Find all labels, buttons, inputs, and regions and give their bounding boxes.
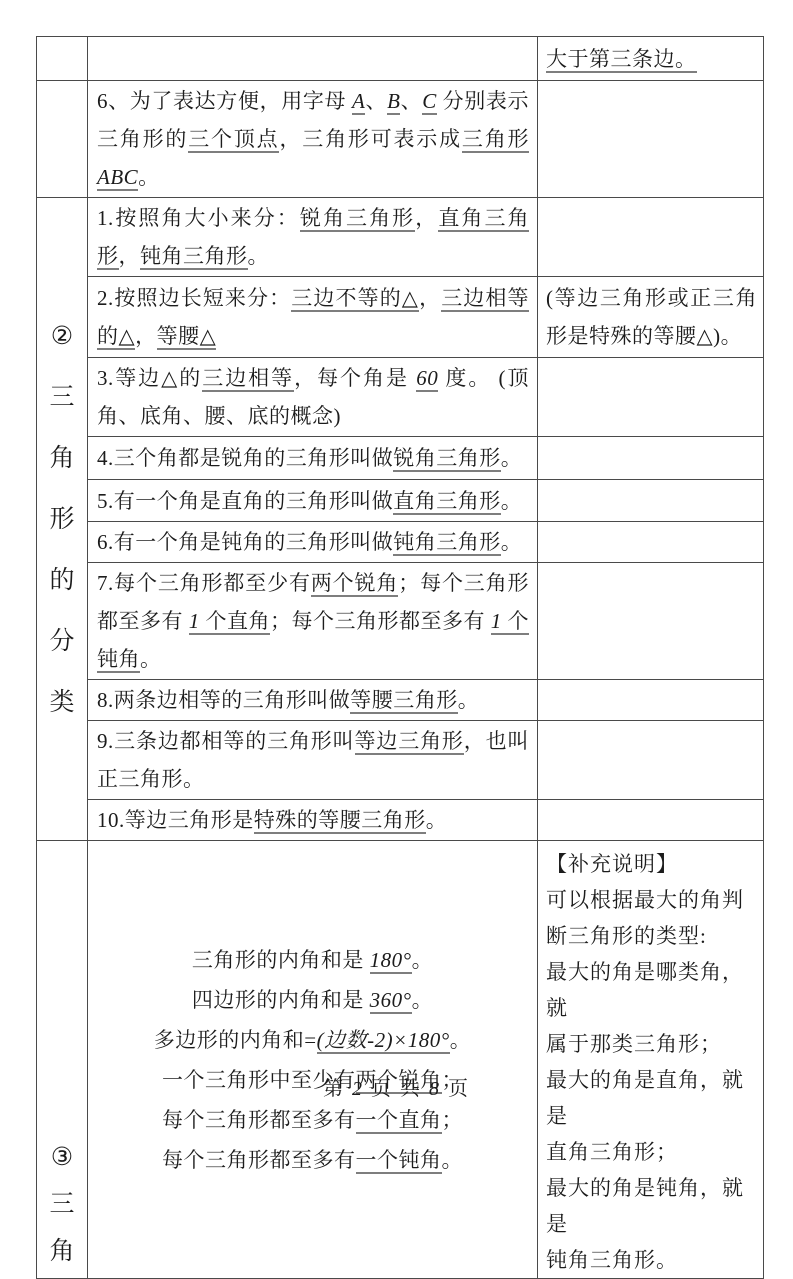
remark-cell-empty xyxy=(538,480,764,522)
note-cell: 三角形的内角和是 180°。四边形的内角和是 360°。多边形的内角和=(边数-… xyxy=(88,841,538,1279)
remark-cell-empty xyxy=(538,198,764,277)
remark-cell-empty xyxy=(538,522,764,563)
note-cell: 4.三个角都是锐角的三角形叫做锐角三角形。 xyxy=(88,437,538,480)
section3-vertical-label: ③三角 xyxy=(37,1145,87,1278)
note-text: 6.有一个角是钝角的三角形叫做钝角三角形。 xyxy=(88,522,537,562)
remark-cell-empty xyxy=(538,437,764,480)
table-row: 10.等边三角形是特殊的等腰三角形。 xyxy=(37,800,764,841)
note-text: 4.三个角都是锐角的三角形叫做锐角三角形。 xyxy=(88,438,537,478)
note-cell: 10.等边三角形是特殊的等腰三角形。 xyxy=(88,800,538,841)
note-cell: 6、为了表达方便，用字母 A、B、C 分别表示三角形的三个顶点，三角形可表示成三… xyxy=(88,81,538,198)
section-label-cell-empty xyxy=(37,37,88,81)
remark-cell-empty xyxy=(538,358,764,437)
note-text: 1.按照角大小来分：锐角三角形，直角三角形，钝角三角形。 xyxy=(88,198,537,276)
note-text: 9.三条边都相等的三角形叫等边三角形，也叫正三角形。 xyxy=(88,721,537,799)
note-cell: 2.按照边长短来分：三边不等的△，三边相等的△，等腰△ xyxy=(88,277,538,358)
section2-label-cell: ②三角形的分类 xyxy=(37,198,88,841)
remark-text: 大于第三条边。 xyxy=(538,39,763,79)
document-page: 大于第三条边。 6、为了表达方便，用字母 A、B、C 分别表示三角形的三个顶点，… xyxy=(0,0,793,1122)
note-text: 5.有一个角是直角的三角形叫做直角三角形。 xyxy=(88,481,537,521)
table-row: 8.两条边相等的三角形叫做等腰三角形。 xyxy=(37,680,764,721)
note-cell-empty xyxy=(88,37,538,81)
remark-cell-empty xyxy=(538,721,764,800)
table-row: 7.每个三角形都至少有两个锐角；每个三角形都至多有 1 个直角；每个三角形都至多… xyxy=(37,563,764,680)
remark-cell: 【补充说明】可以根据最大的角判断三角形的类型:最大的角是哪类角，就属于那类三角形… xyxy=(538,841,764,1279)
table-row: 3.等边△的三边相等，每个角是 60 度。 (顶角、底角、腰、底的概念) xyxy=(37,358,764,437)
remark-cell-empty xyxy=(538,800,764,841)
remark-text: (等边三角形或正三角形是特殊的等腰△)。 xyxy=(538,278,763,356)
note-text: 10.等边三角形是特殊的等腰三角形。 xyxy=(88,800,537,840)
remark-cell: 大于第三条边。 xyxy=(538,37,764,81)
note-cell: 6.有一个角是钝角的三角形叫做钝角三角形。 xyxy=(88,522,538,563)
table-row: 6.有一个角是钝角的三角形叫做钝角三角形。 xyxy=(37,522,764,563)
remark-cell-empty xyxy=(538,563,764,680)
note-text: 3.等边△的三边相等，每个角是 60 度。 (顶角、底角、腰、底的概念) xyxy=(88,358,537,436)
note-cell: 3.等边△的三边相等，每个角是 60 度。 (顶角、底角、腰、底的概念) xyxy=(88,358,538,437)
note-text: 6、为了表达方便，用字母 A、B、C 分别表示三角形的三个顶点，三角形可表示成三… xyxy=(88,81,537,197)
section2-vertical-label: ②三角形的分类 xyxy=(37,324,87,715)
note-cell: 1.按照角大小来分：锐角三角形，直角三角形，钝角三角形。 xyxy=(88,198,538,277)
table-row: 5.有一个角是直角的三角形叫做直角三角形。 xyxy=(37,480,764,522)
note-text: 7.每个三角形都至少有两个锐角；每个三角形都至多有 1 个直角；每个三角形都至多… xyxy=(88,563,537,679)
section-label-cell-empty xyxy=(37,81,88,198)
table-row: ②三角形的分类 1.按照角大小来分：锐角三角形，直角三角形，钝角三角形。 xyxy=(37,198,764,277)
note-cell: 5.有一个角是直角的三角形叫做直角三角形。 xyxy=(88,480,538,522)
table-row: 4.三个角都是锐角的三角形叫做锐角三角形。 xyxy=(37,437,764,480)
note-text: 2.按照边长短来分：三边不等的△，三边相等的△，等腰△ xyxy=(88,278,537,356)
table-row: ③三角 三角形的内角和是 180°。四边形的内角和是 360°。多边形的内角和=… xyxy=(37,841,764,1279)
table-row: 2.按照边长短来分：三边不等的△，三边相等的△，等腰△ (等边三角形或正三角形是… xyxy=(37,277,764,358)
page-number-footer: 第 2 页 共 8 页 xyxy=(0,1072,793,1101)
table-row: 9.三条边都相等的三角形叫等边三角形，也叫正三角形。 xyxy=(37,721,764,800)
note-text: 8.两条边相等的三角形叫做等腰三角形。 xyxy=(88,680,537,720)
supplement-notes: 【补充说明】可以根据最大的角判断三角形的类型:最大的角是哪类角，就属于那类三角形… xyxy=(538,841,763,1278)
note-cell: 7.每个三角形都至少有两个锐角；每个三角形都至多有 1 个直角；每个三角形都至多… xyxy=(88,563,538,680)
remark-cell: (等边三角形或正三角形是特殊的等腰△)。 xyxy=(538,277,764,358)
remark-cell-empty xyxy=(538,680,764,721)
remark-cell-empty xyxy=(538,81,764,198)
angle-sum-notes: 三角形的内角和是 180°。四边形的内角和是 360°。多边形的内角和=(边数-… xyxy=(88,940,537,1180)
note-cell: 8.两条边相等的三角形叫做等腰三角形。 xyxy=(88,680,538,721)
table-row: 大于第三条边。 xyxy=(37,37,764,81)
section3-label-cell: ③三角 xyxy=(37,841,88,1279)
table-row: 6、为了表达方便，用字母 A、B、C 分别表示三角形的三个顶点，三角形可表示成三… xyxy=(37,81,764,198)
note-cell: 9.三条边都相等的三角形叫等边三角形，也叫正三角形。 xyxy=(88,721,538,800)
